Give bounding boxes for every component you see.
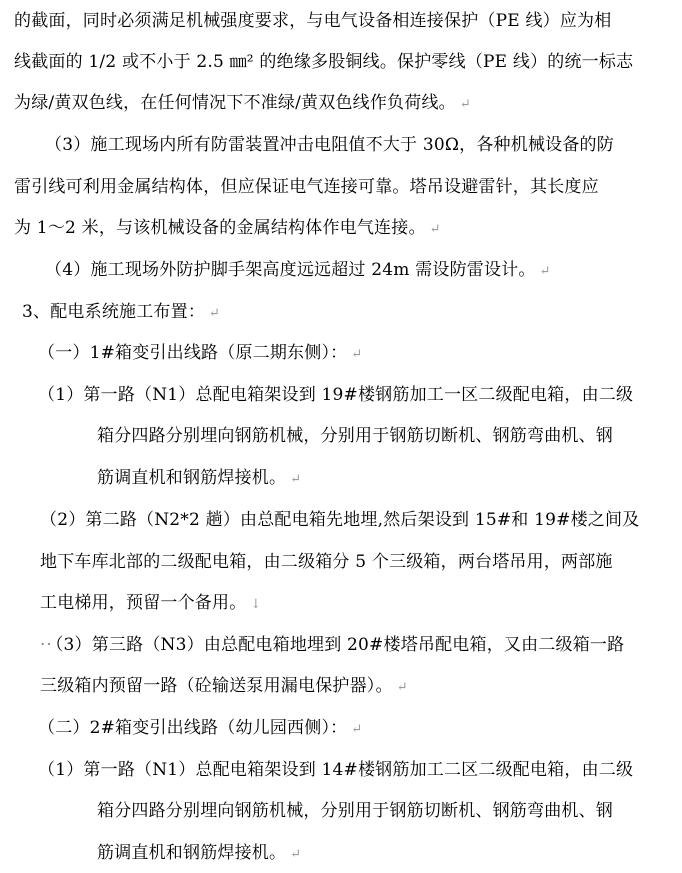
paragraph-mark-icon: ↵ (540, 264, 551, 279)
line-text: （二）2#箱变引出线路（幼儿园西侧）： (38, 718, 347, 738)
paragraph-mark-icon: ↵ (209, 306, 220, 321)
paragraph-mark-icon: ↵ (351, 722, 362, 737)
line-text: 雷引线可利用金属结构体，但应保证电气连接可靠。塔吊设避雷针，其长度应 (14, 177, 599, 197)
text-line: 三级箱内预留一路（砼输送泵用漏电保护器）。↵ (40, 674, 408, 700)
line-text: 3、配电系统施工布置： (22, 302, 205, 322)
formatting-dots: ·· (40, 635, 53, 655)
text-line: 工电梯用，预留一个备用。↓ (40, 591, 262, 617)
text-line: 的截面，同时必须满足机械强度要求，与电气设备相连接保护（PE 线）应为相 (14, 9, 611, 33)
line-text: 筋调直机和钢筋焊接机。 (97, 468, 286, 488)
line-text: 工电梯用，预留一个备用。 (40, 593, 246, 613)
text-line: 3、配电系统施工布置：↵ (22, 300, 220, 326)
line-text: （1）第一路（N1）总配电箱架设到 14#楼钢筋加工二区二级配电箱，由二级 (38, 760, 633, 780)
paragraph-mark-icon: ↵ (460, 97, 471, 112)
line-text: （3）施工现场内所有防雷装置冲击电阻值不大于 30Ω，各种机械设备的防 (45, 135, 614, 155)
text-line: （一）1#箱变引出线路（原二期东侧）：↵ (38, 341, 362, 367)
line-text: 线截面的 1/2 或不小于 2.5 ㎜² 的绝缘多股铜线。保护零线（PE 线）的… (14, 52, 633, 72)
text-line: ··（3）第三路（N3）由总配电箱地埋到 20#楼塔吊配电箱，又由二级箱一路 (40, 633, 624, 657)
text-line: （3）施工现场内所有防雷装置冲击电阻值不大于 30Ω，各种机械设备的防 (45, 133, 614, 157)
paragraph-mark-icon: ↵ (351, 347, 362, 362)
text-line: 箱分四路分别埋向钢筋机械，分别用于钢筋切断机、钢筋弯曲机、钢 (97, 424, 613, 448)
text-line: 为绿/黄双色线，在任何情况下不准绿/黄双色线作负荷线。↵ (14, 91, 471, 117)
line-text: 地下车库北部的二级配电箱，由二级箱分 5 个三级箱，两台塔吊用，两部施 (40, 552, 613, 572)
line-text: 三级箱内预留一路（砼输送泵用漏电保护器）。 (40, 676, 393, 696)
text-line: （二）2#箱变引出线路（幼儿园西侧）：↵ (38, 716, 362, 742)
paragraph-mark-icon: ↵ (290, 472, 301, 487)
text-line: 雷引线可利用金属结构体，但应保证电气连接可靠。塔吊设避雷针，其长度应 (14, 175, 599, 199)
text-line: （1）第一路（N1）总配电箱架设到 19#楼钢筋加工一区二级配电箱，由二级 (38, 383, 633, 407)
text-line: 为 1～2 米，与该机械设备的金属结构体作电气连接。↵ (14, 216, 441, 242)
line-text: （1）第一路（N1）总配电箱架设到 19#楼钢筋加工一区二级配电箱，由二级 (38, 385, 633, 405)
line-text: （3）第三路（N3）由总配电箱地埋到 20#楼塔吊配电箱，又由二级箱一路 (55, 635, 625, 655)
text-line: （2）第二路（N2*2 趟）由总配电箱先地埋,然后架设到 15#和 19#楼之间… (40, 508, 639, 532)
line-break-mark-icon: ↓ (250, 597, 261, 612)
text-line: 线截面的 1/2 或不小于 2.5 ㎜² 的绝缘多股铜线。保护零线（PE 线）的… (14, 50, 633, 74)
line-text: （2）第二路（N2*2 趟）由总配电箱先地埋,然后架设到 15#和 19#楼之间… (40, 510, 639, 530)
paragraph-mark-icon: ↵ (430, 222, 441, 237)
line-text: 的截面，同时必须满足机械强度要求，与电气设备相连接保护（PE 线）应为相 (14, 11, 611, 31)
line-text: （4）施工现场外防护脚手架高度远远超过 24m 需设防雷设计。 (45, 260, 536, 280)
line-text: 筋调直机和钢筋焊接机。 (97, 843, 286, 863)
line-text: 箱分四路分别埋向钢筋机械，分别用于钢筋切断机、钢筋弯曲机、钢 (97, 801, 613, 821)
paragraph-mark-icon: ↵ (290, 847, 301, 862)
line-text: （一）1#箱变引出线路（原二期东侧）： (38, 343, 347, 363)
text-line: 筋调直机和钢筋焊接机。↵ (97, 466, 301, 492)
line-text: 箱分四路分别埋向钢筋机械，分别用于钢筋切断机、钢筋弯曲机、钢 (97, 426, 613, 446)
text-line: 箱分四路分别埋向钢筋机械，分别用于钢筋切断机、钢筋弯曲机、钢 (97, 799, 613, 823)
line-text: 为绿/黄双色线，在任何情况下不准绿/黄双色线作负荷线。 (14, 93, 456, 113)
text-line: 筋调直机和钢筋焊接机。↵ (97, 841, 301, 867)
text-line: （4）施工现场外防护脚手架高度远远超过 24m 需设防雷设计。↵ (45, 258, 551, 284)
paragraph-mark-icon: ↵ (397, 680, 408, 695)
text-line: 地下车库北部的二级配电箱，由二级箱分 5 个三级箱，两台塔吊用，两部施 (40, 550, 613, 574)
text-line: （1）第一路（N1）总配电箱架设到 14#楼钢筋加工二区二级配电箱，由二级 (38, 758, 633, 782)
line-text: 为 1～2 米，与该机械设备的金属结构体作电气连接。 (14, 218, 426, 238)
